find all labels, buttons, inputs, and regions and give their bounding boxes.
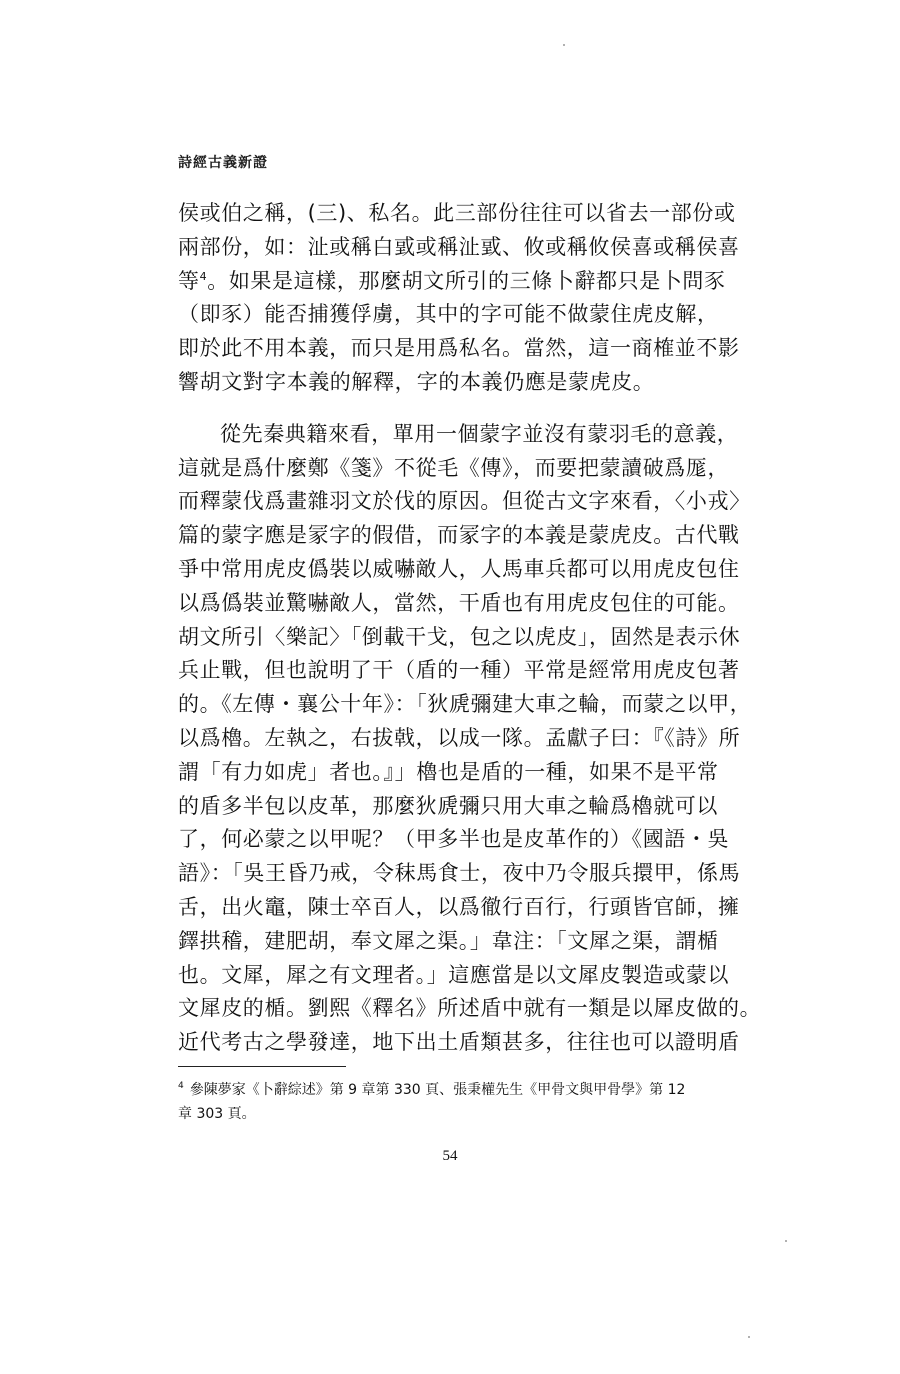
text-line: 篇的蒙字應是冡字的假借，而冡字的本義是蒙虎皮。古代戰 bbox=[178, 519, 758, 553]
scan-speck bbox=[785, 1240, 787, 1242]
text-line: 侯或伯之稱，(三)、私名。此三部份往往可以省去一部份或 bbox=[178, 197, 758, 231]
footnote-marker: 4 bbox=[178, 1081, 184, 1091]
scan-speck bbox=[748, 1336, 750, 1338]
text-line: 的盾多半包以皮革，那麼狄虒彌只用大車之輪爲櫓就可以 bbox=[178, 790, 758, 824]
page-number: 54 bbox=[0, 1148, 900, 1165]
footnote-text: 參陳夢家《卜辭綜述》第 9 章第 330 頁、張秉權先生《甲骨文與甲骨學》第 1… bbox=[190, 1082, 686, 1098]
text-line: 也。文犀，犀之有文理者。」這應當是以文犀皮製造或蒙以 bbox=[178, 959, 758, 993]
running-head: 詩經古義新證 bbox=[178, 152, 268, 172]
text-line: 兵止戰，但也說明了干（盾的一種）平常是經常用虎皮包著 bbox=[178, 654, 758, 688]
text-line: 響胡文對𤉲字本義的解釋，𤉲字的本義仍應是蒙虎皮。 bbox=[178, 366, 758, 400]
footnote-divider bbox=[178, 1066, 346, 1067]
text-line: 的。《左傳・襄公十年》：「狄虒彌建大車之輪，而蒙之以甲， bbox=[178, 688, 758, 722]
footnotes: 4參陳夢家《卜辭綜述》第 9 章第 330 頁、張秉權先生《甲骨文與甲骨學》第 … bbox=[178, 1078, 768, 1126]
text-line: 從先秦典籍來看，單用一個蒙字並沒有蒙羽毛的意義， bbox=[178, 418, 758, 452]
text-line: 近代考古之學發達，地下出土盾類甚多，往往也可以證明盾 bbox=[178, 1026, 758, 1060]
text-line: 胡文所引〈樂記〉「倒載干戈，包之以虎皮」，固然是表示休 bbox=[178, 621, 758, 655]
footnote-4-line: 章 303 頁。 bbox=[178, 1102, 768, 1126]
text-line: 這就是爲什麼鄭《箋》不從毛《傳》，而要把蒙讀破爲厖， bbox=[178, 452, 758, 486]
text-line: 語》：「吳王昏乃戒，令秣馬食士，夜中乃令服兵擐甲，係馬 bbox=[178, 857, 758, 891]
paragraph-2: 從先秦典籍來看，單用一個蒙字並沒有蒙羽毛的意義， 這就是爲什麼鄭《箋》不從毛《傳… bbox=[178, 418, 758, 1060]
text-line: 謂「有力如虎」者也。』」櫓也是盾的一種，如果不是平常 bbox=[178, 756, 758, 790]
book-page: 詩經古義新證 侯或伯之稱，(三)、私名。此三部份往往可以省去一部份或 兩部份，如… bbox=[0, 0, 900, 1374]
text-line: 了，何必蒙之以甲呢？（甲多半也是皮革作的）《國語・吳 bbox=[178, 823, 758, 857]
text-line: 鐸拱稽，建肥胡，奉文犀之渠。」韋注：「文犀之渠，謂楯 bbox=[178, 925, 758, 959]
paragraph-1: 侯或伯之稱，(三)、私名。此三部份往往可以省去一部份或 兩部份，如：沚或稱白戜或… bbox=[178, 197, 758, 400]
text-line: 兩部份，如：沚或稱白戜或稱沚戜、攸或稱攸侯喜或稱侯喜 bbox=[178, 231, 758, 265]
text-segment: 等 bbox=[178, 269, 200, 293]
text-line: 爭中常用虎皮僞裝以威嚇敵人，人馬車兵都可以用虎皮包住 bbox=[178, 553, 758, 587]
footnote-4-line: 4參陳夢家《卜辭綜述》第 9 章第 330 頁、張秉權先生《甲骨文與甲骨學》第 … bbox=[178, 1078, 768, 1102]
text-line: 以爲櫓。左執之，右拔戟，以成一隊。孟獻子曰：『《詩》所 bbox=[178, 722, 758, 756]
paragraph-spacer bbox=[178, 400, 758, 418]
text-line: （即豕）能否捕獲俘虜，其中的𤉲字可能不做蒙住虎皮解， bbox=[178, 298, 758, 332]
text-line: 而釋蒙伐爲畫雜羽文於伐的原因。但從古文字來看，〈小戎〉 bbox=[178, 485, 758, 519]
text-line-with-footnote: 等4。如果是這樣，那麼胡文所引的三條卜辭都只是卜問豕𤉲 bbox=[178, 265, 758, 299]
text-segment: 。如果是這樣，那麼胡文所引的三條卜辭都只是卜問豕𤉲 bbox=[207, 269, 726, 293]
scan-speck bbox=[563, 44, 565, 46]
body-text: 侯或伯之稱，(三)、私名。此三部份往往可以省去一部份或 兩部份，如：沚或稱白戜或… bbox=[178, 197, 758, 1060]
text-line: 即於此不用本義，而只是用爲私名。當然，這一商榷並不影 bbox=[178, 332, 758, 366]
text-line: 舌，出火竈，陳士卒百人，以爲徹行百行，行頭皆官師，擁 bbox=[178, 891, 758, 925]
text-line: 以爲僞裝並驚嚇敵人，當然，干盾也有用虎皮包住的可能。 bbox=[178, 587, 758, 621]
text-line: 文犀皮的楯。劉熙《釋名》所述盾中就有一類是以犀皮做的。 bbox=[178, 992, 758, 1026]
